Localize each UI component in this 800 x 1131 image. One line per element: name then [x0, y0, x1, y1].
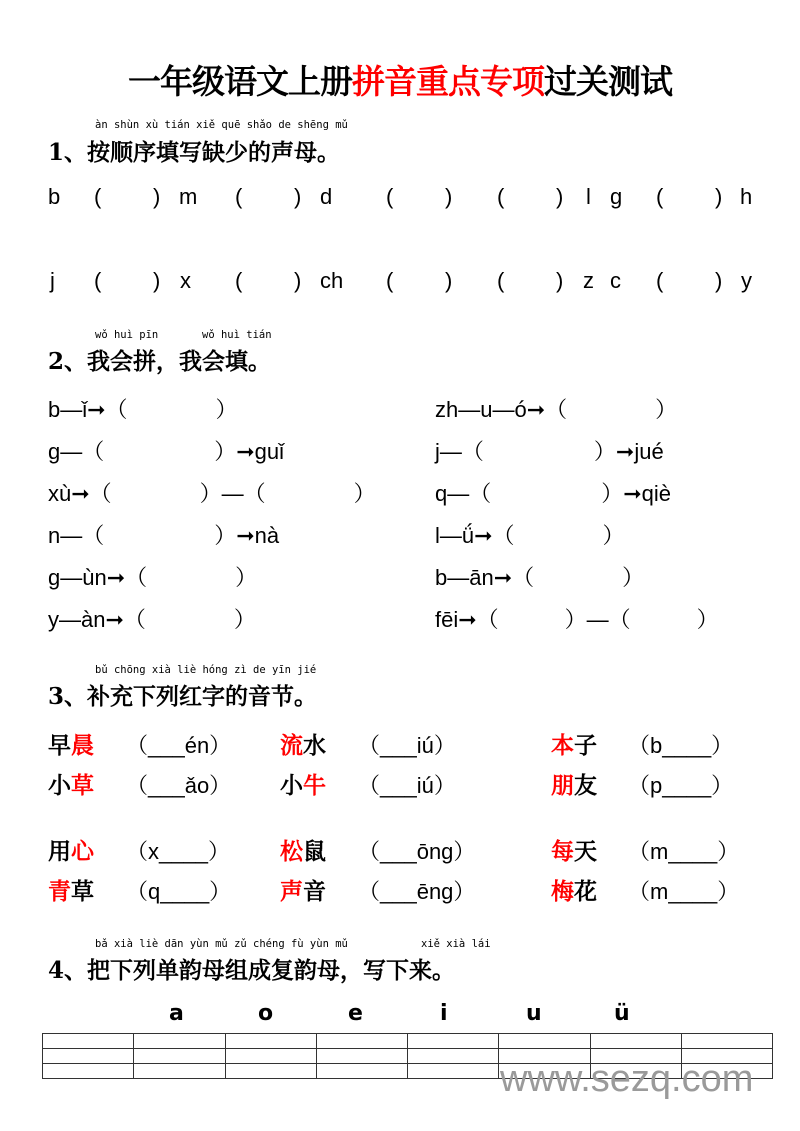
q3-word-10: 青草: [48, 873, 94, 906]
seq-letter: h: [740, 184, 752, 210]
grid-cell[interactable]: [590, 1034, 681, 1049]
q3-pinyin: bǔ chōng xià liè hóng zì de yīn jié: [95, 664, 316, 676]
vowel-a: a: [169, 1001, 184, 1026]
q2-left-3[interactable]: xù➞（ ）—（ ）: [48, 477, 376, 508]
q3-blank-9[interactable]: （m____）: [628, 835, 739, 866]
q3-blank-3[interactable]: （b____）: [628, 729, 733, 760]
seq-letter: c: [610, 268, 621, 294]
grid-cell[interactable]: [408, 1064, 499, 1079]
grid-cell[interactable]: [43, 1064, 134, 1079]
blank-close: ): [556, 184, 563, 210]
q2-right-1[interactable]: zh—u—ó➞（ ）: [435, 393, 677, 424]
q3-blank-8[interactable]: （___ōng）: [358, 835, 475, 866]
blank-close: ): [715, 268, 722, 294]
q2-left-4[interactable]: n—（ ）➞nà: [48, 519, 279, 550]
vowel-row: a o e i u ü: [0, 1001, 800, 1031]
seq-letter: x: [180, 268, 191, 294]
q2-left-5[interactable]: g—ùn➞（ ）: [48, 561, 257, 592]
grid-cell[interactable]: [316, 1064, 407, 1079]
q3-blank-12[interactable]: （m____）: [628, 875, 739, 906]
grid-cell[interactable]: [43, 1049, 134, 1064]
q2-left-6[interactable]: y—àn➞（ ）: [48, 603, 256, 634]
vowel-i: i: [440, 1001, 448, 1026]
q3-blank-7[interactable]: （x____）: [126, 835, 230, 866]
q3-word-11: 声音: [280, 873, 326, 906]
blank-close: ): [294, 184, 301, 210]
title-black-2: 过关测试: [544, 62, 672, 101]
grid-cell[interactable]: [134, 1034, 225, 1049]
q2-pinyin-1: wǒ huì pīn: [95, 329, 158, 341]
blank-close: ): [153, 268, 160, 294]
q2-heading: 2、我会拼，我会填。: [48, 343, 271, 376]
grid-cell[interactable]: [408, 1034, 499, 1049]
q1-pinyin: àn shùn xù tián xiě quē shǎo de shēng mǔ: [95, 119, 348, 131]
blank-open[interactable]: (: [497, 184, 504, 210]
seq-letter: d: [320, 184, 332, 210]
grid-cell[interactable]: [134, 1064, 225, 1079]
q3-blank-1[interactable]: （___én）: [126, 729, 231, 760]
q2-right-3[interactable]: q—（ ）➞qiè: [435, 477, 671, 508]
seq-letter: m: [179, 184, 197, 210]
seq-letter: j: [50, 268, 55, 294]
blank-open[interactable]: (: [94, 184, 101, 210]
title-black-1: 一年级语文上册: [128, 62, 352, 101]
blank-close: ): [153, 184, 160, 210]
grid-cell[interactable]: [225, 1064, 316, 1079]
q2-right-5[interactable]: b—ān➞（ ）: [435, 561, 644, 592]
q1-row-2: j ( ) x ( ) ch ( ) ( ) z c ( ) y: [0, 268, 800, 296]
q1-row-1: b ( ) m ( ) d ( ) ( ) l g ( ) h: [0, 184, 800, 212]
grid-cell[interactable]: [225, 1049, 316, 1064]
blank-open[interactable]: (: [656, 184, 663, 210]
blank-close: ): [294, 268, 301, 294]
q3-blank-4[interactable]: （___ǎo）: [126, 769, 231, 800]
grid-cell[interactable]: [499, 1034, 590, 1049]
q2-right-6[interactable]: fēi➞（ ）—（ ）: [435, 603, 719, 634]
q3-word-3: 本子: [551, 727, 597, 760]
q4-pinyin-1: bǎ xià liè dān yùn mǔ zǔ chéng fù yùn mǔ: [95, 938, 348, 950]
q3-word-7: 用心: [48, 833, 94, 866]
q3-heading: 3、补充下列红字的音节。: [48, 678, 317, 711]
q2-right-2[interactable]: j—（ ）➞jué: [435, 435, 664, 466]
vowel-u-umlaut: ü: [614, 1001, 630, 1026]
grid-row: [43, 1034, 773, 1049]
q1-heading: 1、按顺序填写缺少的声母。: [48, 134, 340, 167]
seq-letter: l: [586, 184, 591, 210]
q2-pinyin-2: wǒ huì tián: [202, 329, 272, 341]
blank-close: ): [445, 184, 452, 210]
blank-open[interactable]: (: [497, 268, 504, 294]
q3-word-9: 每天: [551, 833, 597, 866]
seq-letter: y: [741, 268, 752, 294]
grid-cell[interactable]: [316, 1034, 407, 1049]
q3-word-8: 松鼠: [280, 833, 326, 866]
q3-word-2: 流水: [280, 727, 326, 760]
blank-close: ): [715, 184, 722, 210]
page-title: 一年级语文上册拼音重点专项过关测试: [0, 56, 800, 103]
q3-word-4: 小草: [48, 767, 94, 800]
q3-word-6: 朋友: [551, 767, 597, 800]
q3-blank-2[interactable]: （___iú）: [358, 729, 456, 760]
seq-letter: g: [610, 184, 622, 210]
q3-word-1: 早晨: [48, 727, 94, 760]
vowel-u: u: [526, 1001, 542, 1026]
grid-cell[interactable]: [681, 1034, 772, 1049]
blank-open[interactable]: (: [235, 184, 242, 210]
blank-open[interactable]: (: [386, 268, 393, 294]
q4-pinyin-2: xiě xià lái: [421, 938, 491, 950]
grid-cell[interactable]: [408, 1049, 499, 1064]
blank-close: ): [556, 268, 563, 294]
q4-heading: 4、把下列单韵母组成复韵母，写下来。: [48, 952, 455, 985]
q2-left-1[interactable]: b—ǐ➞（ ）: [48, 393, 238, 424]
q3-blank-6[interactable]: （p____）: [628, 769, 733, 800]
watermark: www.sezq.com: [500, 1058, 753, 1101]
q3-word-12: 梅花: [551, 873, 597, 906]
grid-cell[interactable]: [43, 1034, 134, 1049]
q2-right-4[interactable]: l—ǘ➞（ ）: [435, 519, 625, 550]
blank-close: ): [445, 268, 452, 294]
grid-cell[interactable]: [225, 1034, 316, 1049]
q3-word-5: 小牛: [280, 767, 326, 800]
blank-open[interactable]: (: [235, 268, 242, 294]
grid-cell[interactable]: [134, 1049, 225, 1064]
q3-blank-11[interactable]: （___ēng）: [358, 875, 475, 906]
seq-letter: ch: [320, 268, 343, 294]
seq-letter: b: [48, 184, 60, 210]
grid-cell[interactable]: [316, 1049, 407, 1064]
vowel-e: e: [348, 1001, 363, 1026]
blank-open[interactable]: (: [656, 268, 663, 294]
q2-left-2[interactable]: g—（ ）➞guǐ: [48, 435, 284, 466]
blank-open[interactable]: (: [94, 268, 101, 294]
seq-letter: z: [583, 268, 594, 294]
q3-blank-10[interactable]: （q____）: [126, 875, 231, 906]
vowel-o: o: [258, 1001, 273, 1026]
blank-open[interactable]: (: [386, 184, 393, 210]
q3-blank-5[interactable]: （___iú）: [358, 769, 456, 800]
title-red: 拼音重点专项: [352, 62, 544, 101]
